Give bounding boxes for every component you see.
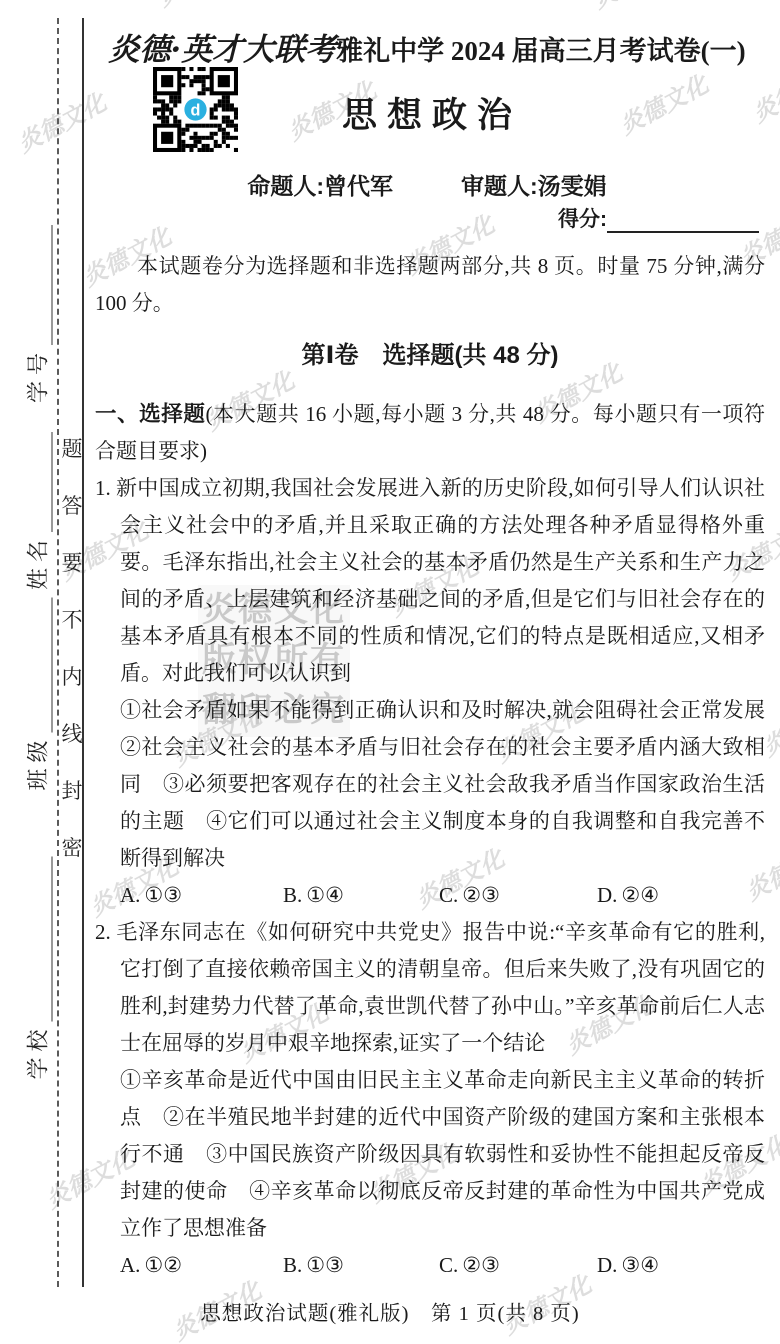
setter-name: 命题人:曾代军 (247, 173, 393, 199)
option-label: B. (283, 883, 302, 907)
student-id-label: 学号 (22, 345, 53, 403)
student-name-blank (32, 432, 53, 532)
question-1-option-b: B.①④ (283, 877, 344, 914)
student-id-blank (32, 225, 53, 345)
option-label: D. (597, 1253, 617, 1277)
option-label: D. (597, 883, 617, 907)
option-label: A. (120, 883, 140, 907)
option-value: ①④ (306, 883, 344, 907)
exam-paper-page: 炎德文化炎德文化炎德文化炎德文化炎德文化炎德文化炎德文化炎德文化炎德文化炎德文化… (0, 0, 780, 1344)
question-1-number: 1. (95, 476, 111, 500)
school-label: 学校 (22, 1021, 53, 1079)
student-id-field: 学号 (22, 225, 53, 403)
option-value: ①③ (306, 1253, 344, 1277)
page-footer: 思想政治试题(雅礼版) 第 1 页(共 8 页) (0, 1296, 780, 1326)
brand-title: 炎德·英才大联考 (108, 32, 336, 68)
instruction-lead: 一、选择题 (95, 402, 205, 426)
score-label: 得分: (558, 203, 607, 233)
seal-char: 题 (60, 433, 84, 463)
question-2-number: 2. (95, 920, 111, 944)
seal-dashed-line (57, 18, 59, 1287)
exam-header: 炎德·英才大联考雅礼中学 2024 届高三月考试卷(一) (88, 24, 766, 69)
section-title: 第Ⅰ卷 选择题(共 48 分) (95, 336, 765, 376)
option-value: ①③ (144, 883, 182, 907)
seal-char: 密 (60, 832, 84, 862)
question-1-option-c: C.②③ (439, 877, 500, 914)
question-2: 2.毛泽东同志在《如何研究中共党史》报告中说:“辛亥革命有它的胜利,它打倒了直接… (95, 914, 765, 1284)
question-1-stem-text: 新中国成立初期,我国社会发展进入新的历史阶段,如何引导人们认识社会主义社会中的矛… (116, 476, 765, 685)
class-label: 班级 (22, 732, 53, 790)
student-name-label: 姓名 (22, 532, 53, 590)
diagonal-watermark: 炎德文化 (150, 0, 251, 13)
reviewer-name: 审题人:汤雯娟 (461, 173, 607, 199)
intro-note: 本试题卷分为选择题和非选择题两部分,共 8 页。时量 75 分钟,满分 100 … (95, 248, 765, 322)
question-1-option-a: A.①③ (120, 877, 182, 914)
content: 本试题卷分为选择题和非选择题两部分,共 8 页。时量 75 分钟,满分 100 … (95, 248, 765, 1284)
question-1-option-d: D.②④ (597, 877, 659, 914)
option-value: ③④ (621, 1253, 659, 1277)
seal-char: 封 (60, 775, 84, 805)
student-name-field: 姓名 (22, 432, 53, 590)
option-label: C. (439, 1253, 458, 1277)
seal-char: 内 (60, 661, 84, 691)
seal-text: 题答要不内线封密 (60, 433, 84, 862)
examiners-row: 命题人:曾代军审题人:汤雯娟 (88, 168, 766, 201)
question-2-option-d: D.③④ (597, 1247, 659, 1284)
section-instruction: 一、选择题(本大题共 16 小题,每小题 3 分,共 48 分。每小题只有一项符… (95, 396, 765, 470)
option-value: ①② (144, 1253, 182, 1277)
seal-char: 不 (60, 604, 84, 634)
option-label: B. (283, 1253, 302, 1277)
question-2-option-a: A.①② (120, 1247, 182, 1284)
school-field: 学校 (22, 856, 53, 1079)
question-2-options: A.①② B.①③ C.②③ D.③④ (95, 1247, 765, 1284)
option-label: C. (439, 883, 458, 907)
question-1-options: A.①③ B.①④ C.②③ D.②④ (95, 877, 765, 914)
class-blank (32, 597, 53, 732)
question-1: 1.新中国成立初期,我国社会发展进入新的历史阶段,如何引导人们认识社会主义社会中… (95, 470, 765, 914)
question-1-statements: ①社会矛盾如果不能得到正确认识和及时解决,就会阻碍社会正常发展 ②社会主义社会的… (95, 692, 765, 877)
diagonal-watermark: 炎德文化 (585, 0, 686, 15)
question-1-stem: 1.新中国成立初期,我国社会发展进入新的历史阶段,如何引导人们认识社会主义社会中… (95, 470, 765, 692)
score-row: 得分: (558, 203, 759, 233)
subject-title: 思想政治 (88, 88, 766, 138)
score-blank (607, 207, 759, 233)
seal-char: 线 (60, 718, 84, 748)
question-2-statements: ①辛亥革命是近代中国由旧民主主义革命走向新民主主义革命的转折点 ②在半殖民地半封… (95, 1062, 765, 1247)
exam-title: 雅礼中学 2024 届高三月考试卷(一) (336, 36, 745, 66)
question-2-stem: 2.毛泽东同志在《如何研究中共党史》报告中说:“辛亥革命有它的胜利,它打倒了直接… (95, 914, 765, 1062)
school-blank (32, 856, 53, 1021)
seal-char: 答 (60, 490, 84, 520)
option-value: ②④ (621, 883, 659, 907)
question-2-option-b: B.①③ (283, 1247, 344, 1284)
question-2-stem-text: 毛泽东同志在《如何研究中共党史》报告中说:“辛亥革命有它的胜利,它打倒了直接依赖… (116, 920, 765, 1055)
seal-char: 要 (60, 547, 84, 577)
option-value: ②③ (462, 1253, 500, 1277)
option-value: ②③ (462, 883, 500, 907)
option-label: A. (120, 1253, 140, 1277)
class-field: 班级 (22, 597, 53, 790)
question-2-option-c: C.②③ (439, 1247, 500, 1284)
